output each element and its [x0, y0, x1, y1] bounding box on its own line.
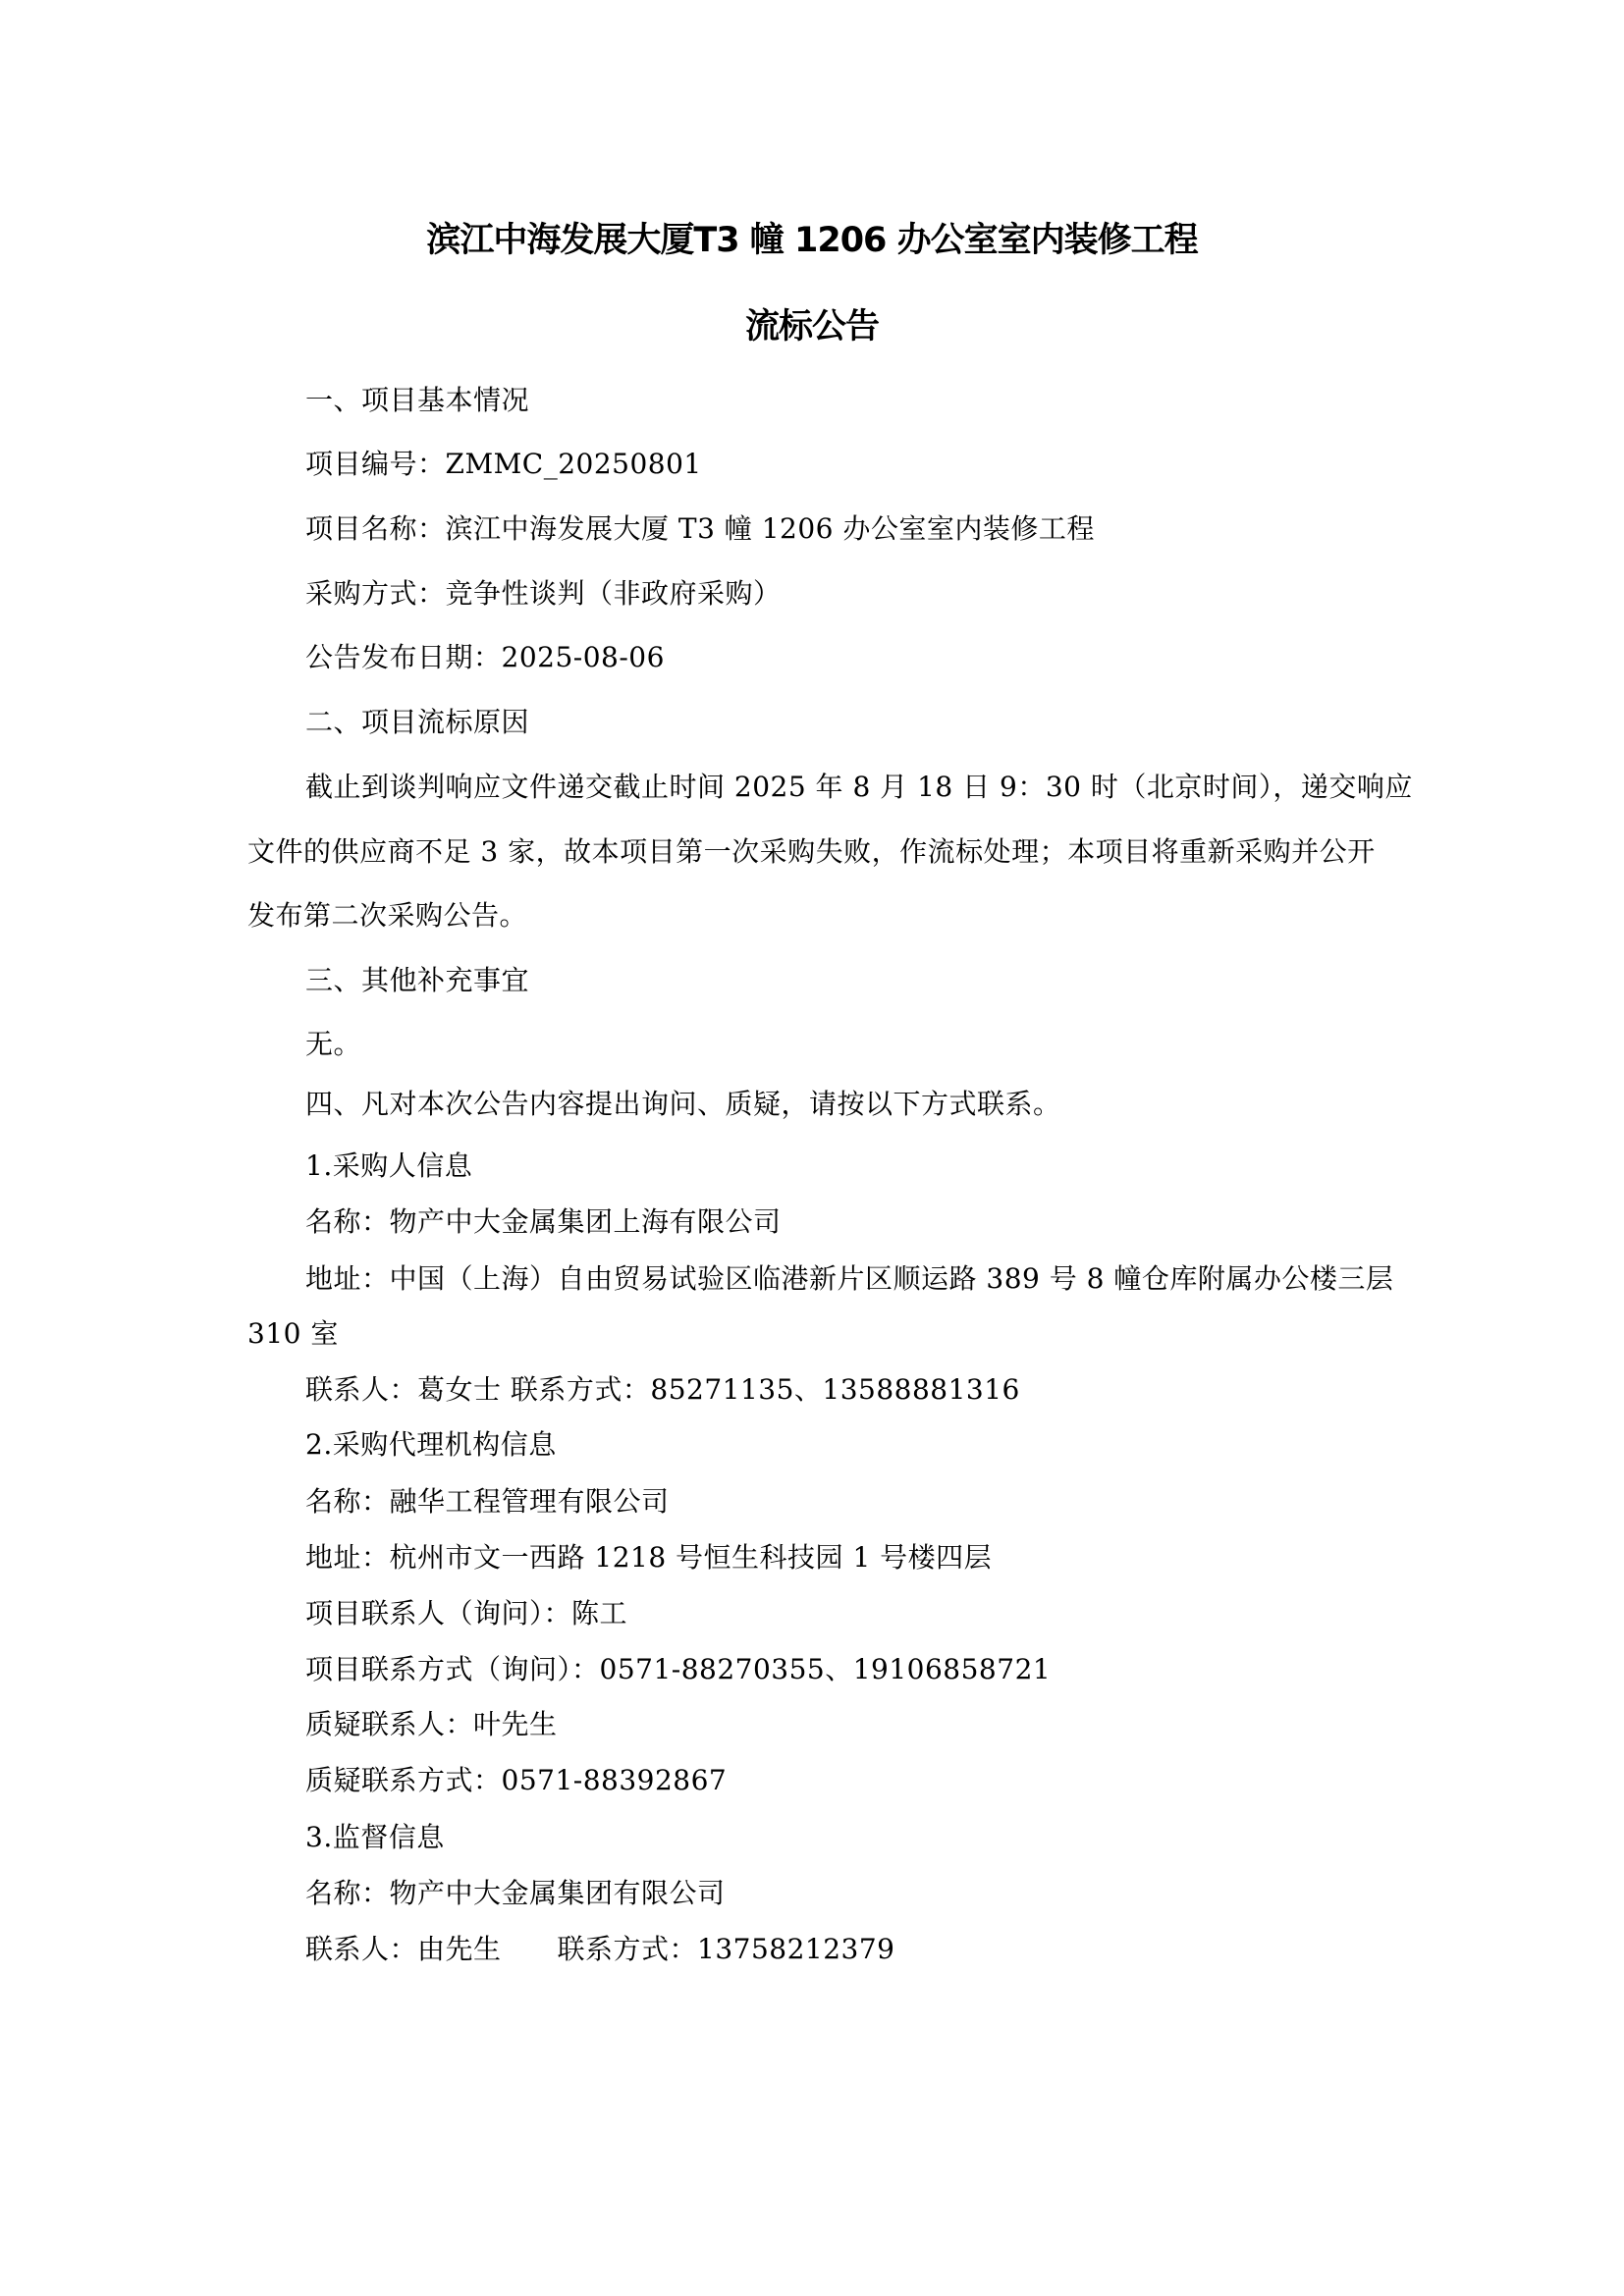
- agency-address: 地址：杭州市文一西路 1218 号恒生科技园 1 号楼四层: [305, 1540, 992, 1575]
- document-subtitle: 流标公告: [0, 305, 1624, 348]
- publish-date: 公告发布日期：2025-08-06: [305, 640, 665, 675]
- supervision-contact: 联系人：由先生 联系方式：13758212379: [305, 1932, 894, 1967]
- failure-reason-line-1: 截止到谈判响应文件递交截止时间 2025 年 8 月 18 日 9：30 时（北…: [305, 770, 1413, 805]
- other-matters-content: 无。: [305, 1027, 361, 1062]
- supervision-heading: 3.监督信息: [305, 1820, 445, 1855]
- procurement-method: 采购方式：竞争性谈判（非政府采购）: [305, 576, 782, 612]
- project-name: 项目名称：滨江中海发展大厦 T3 幢 1206 办公室室内装修工程: [305, 511, 1095, 547]
- section-heading-other-matters: 三、其他补充事宜: [305, 963, 529, 998]
- purchaser-heading: 1.采购人信息: [305, 1148, 472, 1184]
- agency-inquiry-phone: 项目联系方式（询问）：0571-88270355、19106858721: [305, 1652, 1051, 1687]
- project-number: 项目编号：ZMMC_20250801: [305, 447, 702, 482]
- agency-inquiry-contact: 项目联系人（询问）：陈工: [305, 1596, 627, 1631]
- agency-name: 名称：融华工程管理有限公司: [305, 1484, 670, 1520]
- purchaser-name: 名称：物产中大金属集团上海有限公司: [305, 1204, 782, 1240]
- document-page: 滨江中海发展大厦T3 幢 1206 办公室室内装修工程 流标公告 一、项目基本情…: [0, 0, 1624, 2296]
- failure-reason-line-3: 发布第二次采购公告。: [247, 898, 527, 934]
- document-title: 滨江中海发展大厦T3 幢 1206 办公室室内装修工程: [0, 219, 1624, 262]
- agency-challenge-contact: 质疑联系人：叶先生: [305, 1707, 558, 1742]
- purchaser-address-line-2: 310 室: [247, 1316, 339, 1352]
- failure-reason-line-2: 文件的供应商不足 3 家，故本项目第一次采购失败，作流标处理；本项目将重新采购并…: [247, 834, 1376, 870]
- purchaser-address-line-1: 地址：中国（上海）自由贸易试验区临港新片区顺运路 389 号 8 幢仓库附属办公…: [305, 1261, 1393, 1297]
- section-heading-failure-reason: 二、项目流标原因: [305, 705, 529, 740]
- supervision-name: 名称：物产中大金属集团有限公司: [305, 1876, 726, 1911]
- agency-challenge-phone: 质疑联系方式：0571-88392867: [305, 1763, 727, 1798]
- section-heading-contact: 四、凡对本次公告内容提出询问、质疑，请按以下方式联系。: [305, 1087, 1061, 1122]
- purchaser-contact: 联系人：葛女士 联系方式：85271135、13588881316: [305, 1372, 1020, 1408]
- agency-heading: 2.采购代理机构信息: [305, 1427, 557, 1463]
- section-heading-basic-info: 一、项目基本情况: [305, 383, 529, 418]
